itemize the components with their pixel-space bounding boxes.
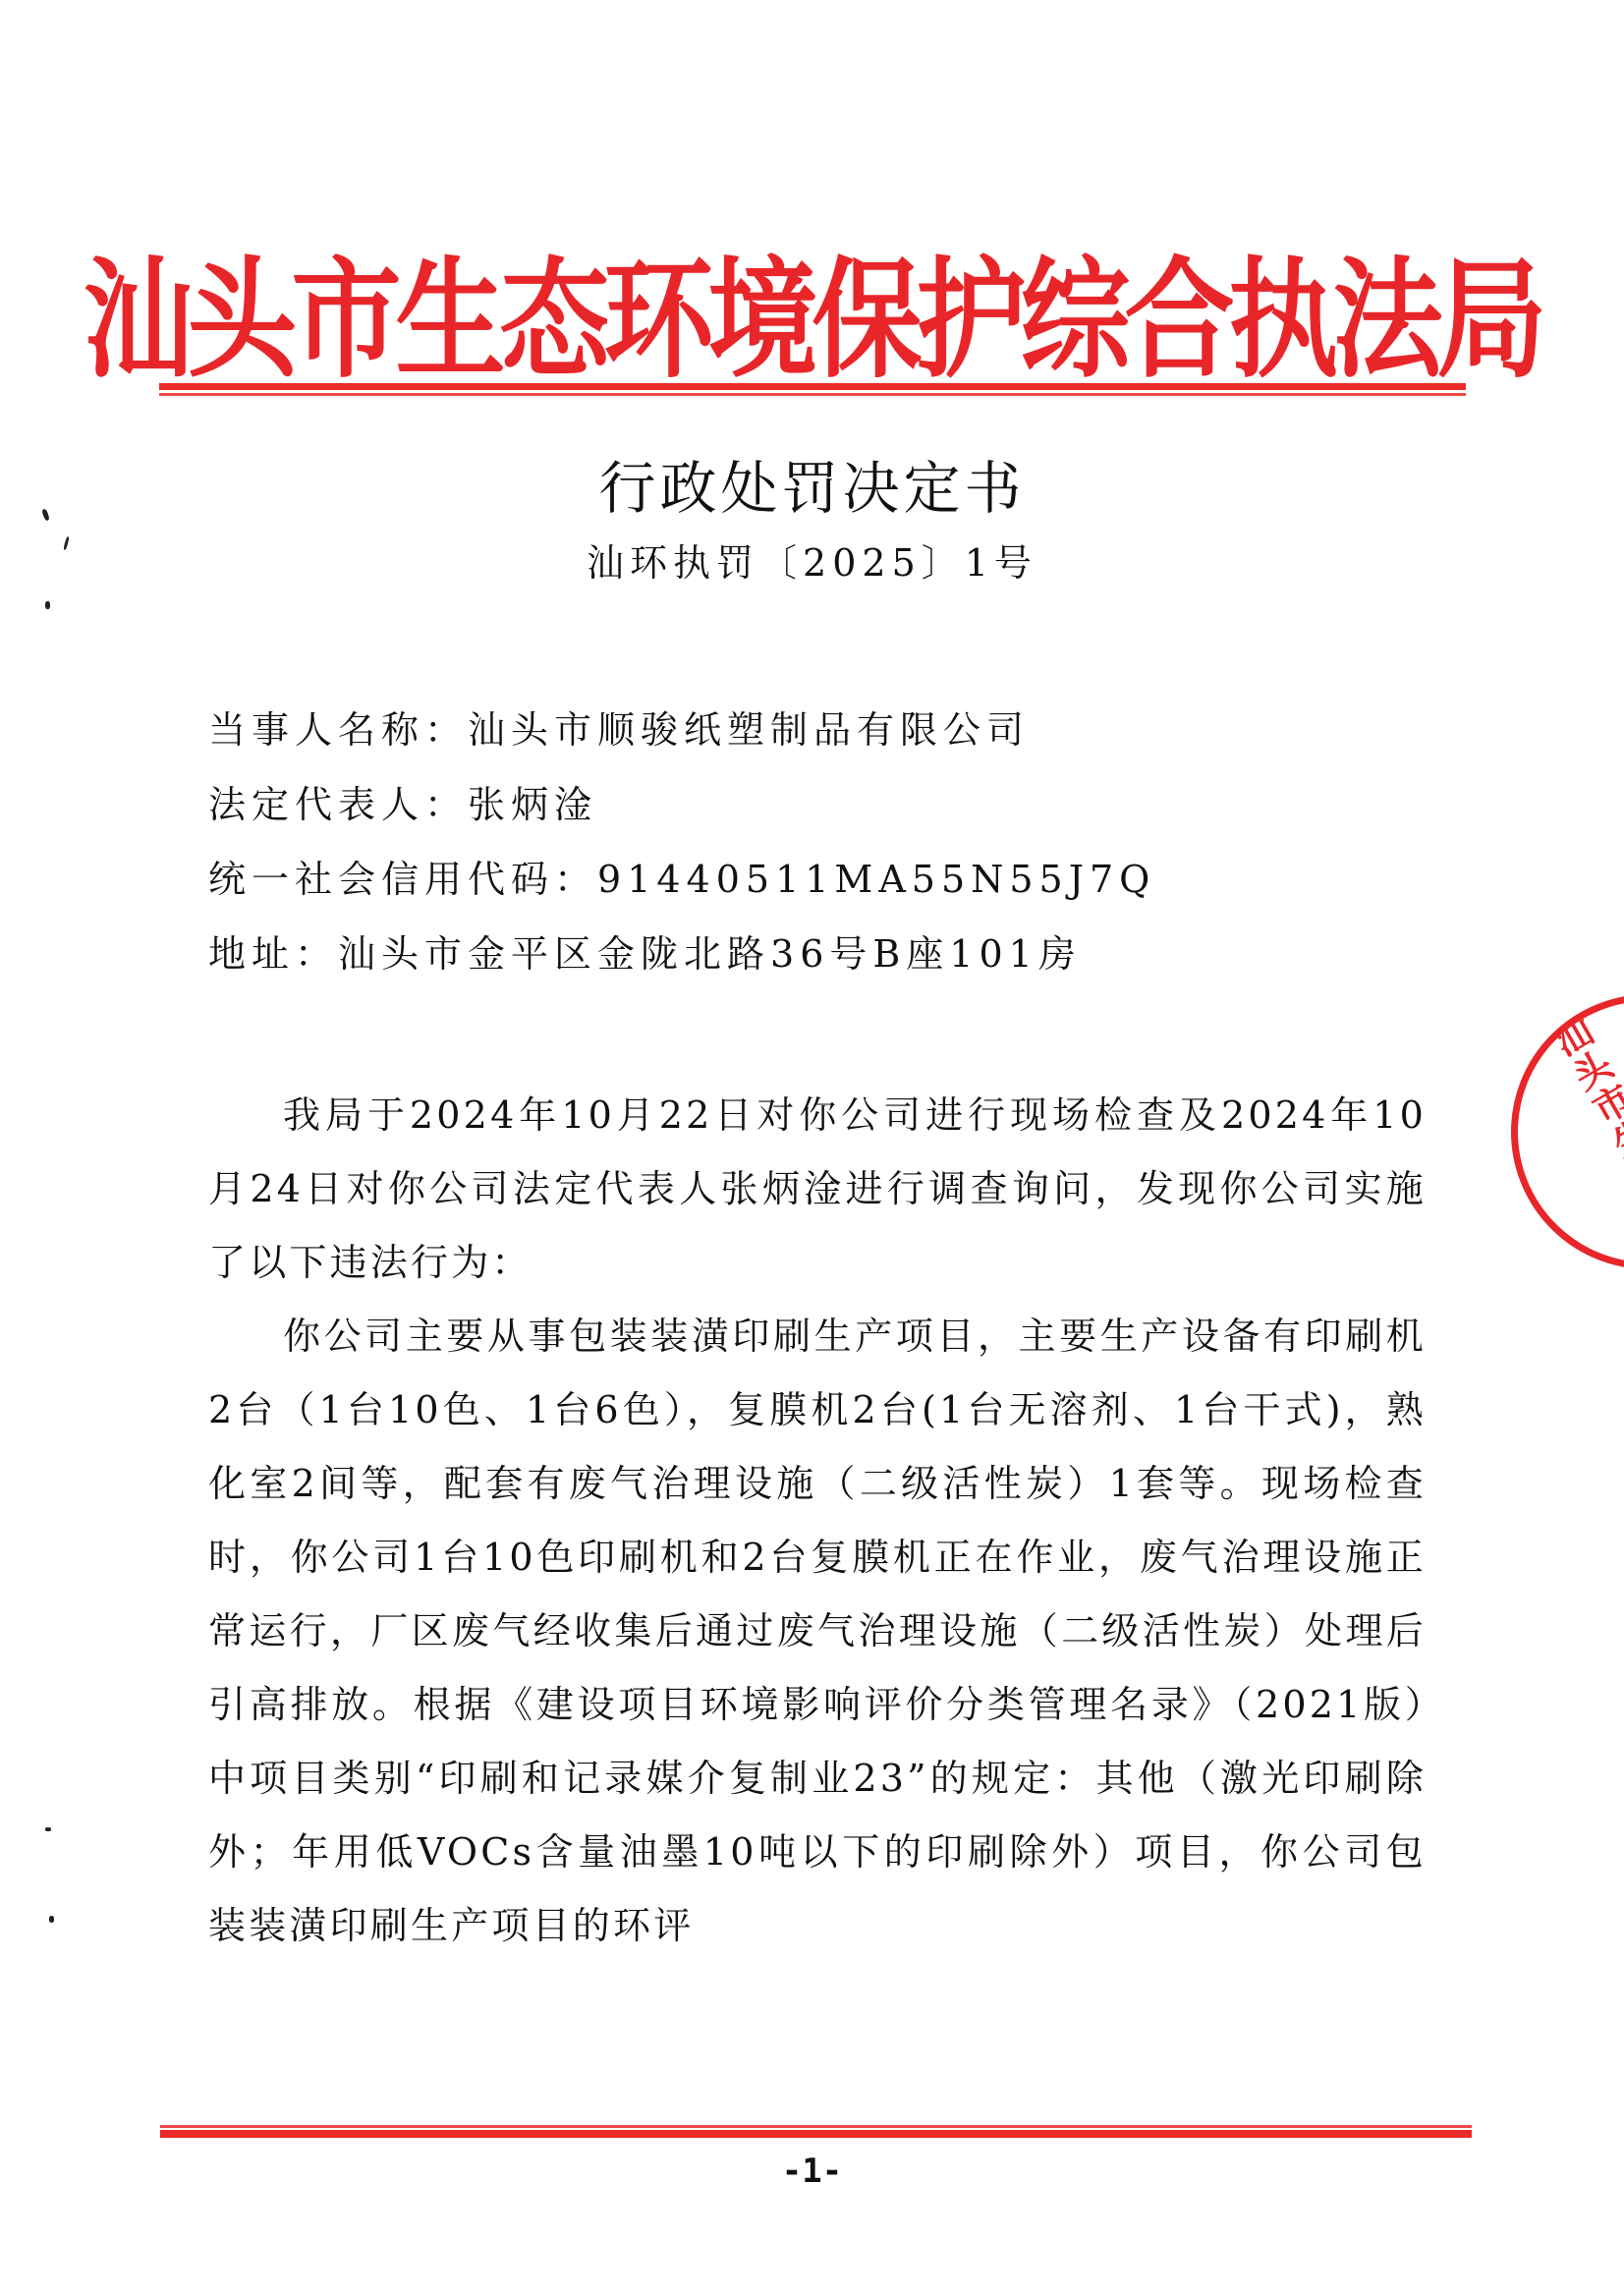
footer-red-rule xyxy=(160,2125,1472,2139)
scan-artifact xyxy=(49,1916,54,1923)
party-name-label: 当事人名称： xyxy=(208,708,468,752)
letterhead-red-rule xyxy=(159,383,1466,397)
body-paragraph: 你公司主要从事包装装潢印刷生产项目，主要生产设备有印刷机2台（1台10色、1台6… xyxy=(208,1300,1427,1963)
rule-thick-line xyxy=(159,383,1466,390)
address-value: 汕头市金平区金陇北路36号B座101房 xyxy=(338,932,1082,976)
credit-code-label: 统一社会信用代码： xyxy=(208,858,597,901)
rule-thin-line xyxy=(159,393,1466,396)
document-title: 行政处罚决定书 xyxy=(0,454,1624,523)
legal-representative-line: 法定代表人：张炳淦 xyxy=(208,780,597,829)
address-line: 地址：汕头市金平区金陇北路36号B座101房 xyxy=(208,929,1082,979)
document-body: 我局于2024年10月22日对你公司进行现场检查及2024年10月24日对你公司… xyxy=(208,1079,1427,1963)
official-seal: 汕头市生态环 xyxy=(1511,994,1624,1269)
credit-code-line: 统一社会信用代码：91440511MA55N55J7Q xyxy=(208,855,1155,904)
credit-code-value: 91440511MA55N55J7Q xyxy=(597,858,1155,901)
body-paragraph: 我局于2024年10月22日对你公司进行现场检查及2024年10月24日对你公司… xyxy=(208,1079,1427,1300)
rule-thick-line xyxy=(160,2130,1472,2138)
party-name-line: 当事人名称：汕头市顺骏纸塑制品有限公司 xyxy=(208,705,1030,755)
address-label: 地址： xyxy=(208,932,338,976)
legal-representative-value: 张炳淦 xyxy=(468,783,597,826)
party-name-value: 汕头市顺骏纸塑制品有限公司 xyxy=(468,708,1030,752)
scan-artifact xyxy=(45,601,50,609)
scan-artifact xyxy=(45,1827,51,1831)
agency-letterhead: 汕头市生态环境保护综合执法局 xyxy=(0,234,1624,408)
rule-thin-line xyxy=(160,2125,1472,2128)
page-number: -1- xyxy=(0,2150,1624,2193)
document-number: 汕环执罚〔2025〕1号 xyxy=(0,538,1624,588)
seal-text: 汕头市生态环 xyxy=(1547,1007,1624,1233)
legal-representative-label: 法定代表人： xyxy=(208,783,468,826)
